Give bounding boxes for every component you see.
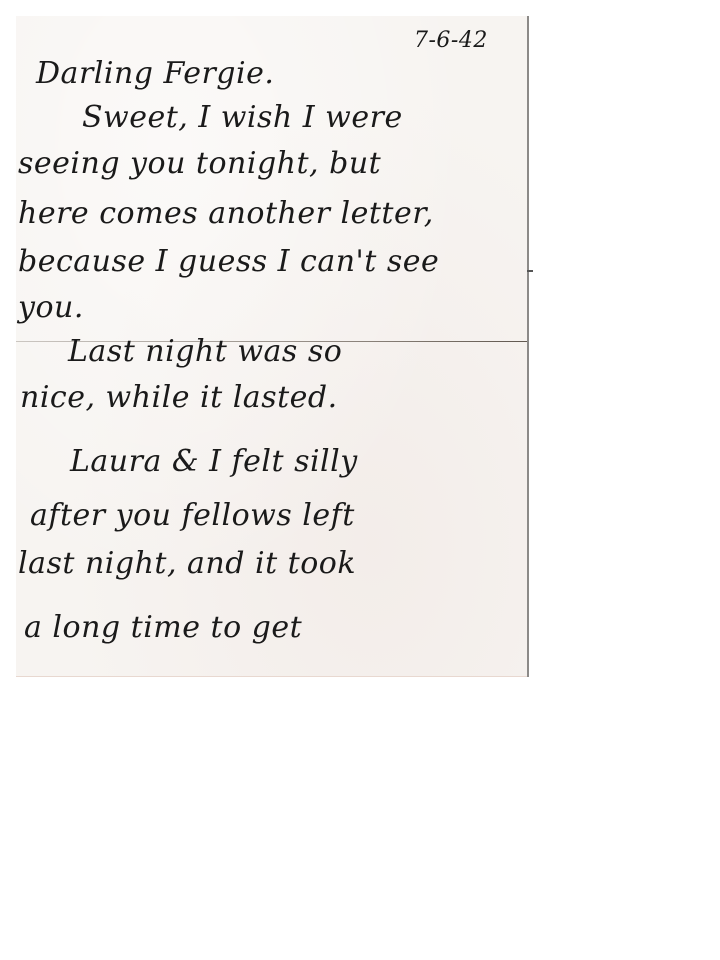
paper-edge-mark: [527, 270, 533, 272]
scanned-page: 7-6-42 Darling Fergie. Sweet, I wish I w…: [0, 0, 720, 960]
letter-salutation: Darling Fergie.: [36, 56, 274, 91]
letter-line: here comes another letter,: [18, 196, 434, 231]
letter-line: after you fellows left: [30, 498, 355, 533]
letter-paper: 7-6-42 Darling Fergie. Sweet, I wish I w…: [16, 16, 529, 677]
letter-line: a long time to get: [24, 610, 302, 645]
letter-line: Sweet, I wish I were: [82, 100, 403, 135]
letter-date: 7-6-42: [414, 28, 488, 53]
letter-line: Last night was so: [68, 334, 342, 369]
letter-line: nice, while it lasted.: [20, 380, 338, 415]
letter-line: because I guess I can't see: [18, 244, 439, 279]
letter-line: seeing you tonight, but: [18, 146, 381, 181]
letter-line: Laura & I felt silly: [70, 444, 358, 479]
letter-line: last night, and it took: [18, 546, 356, 581]
letter-line: you.: [18, 290, 84, 325]
